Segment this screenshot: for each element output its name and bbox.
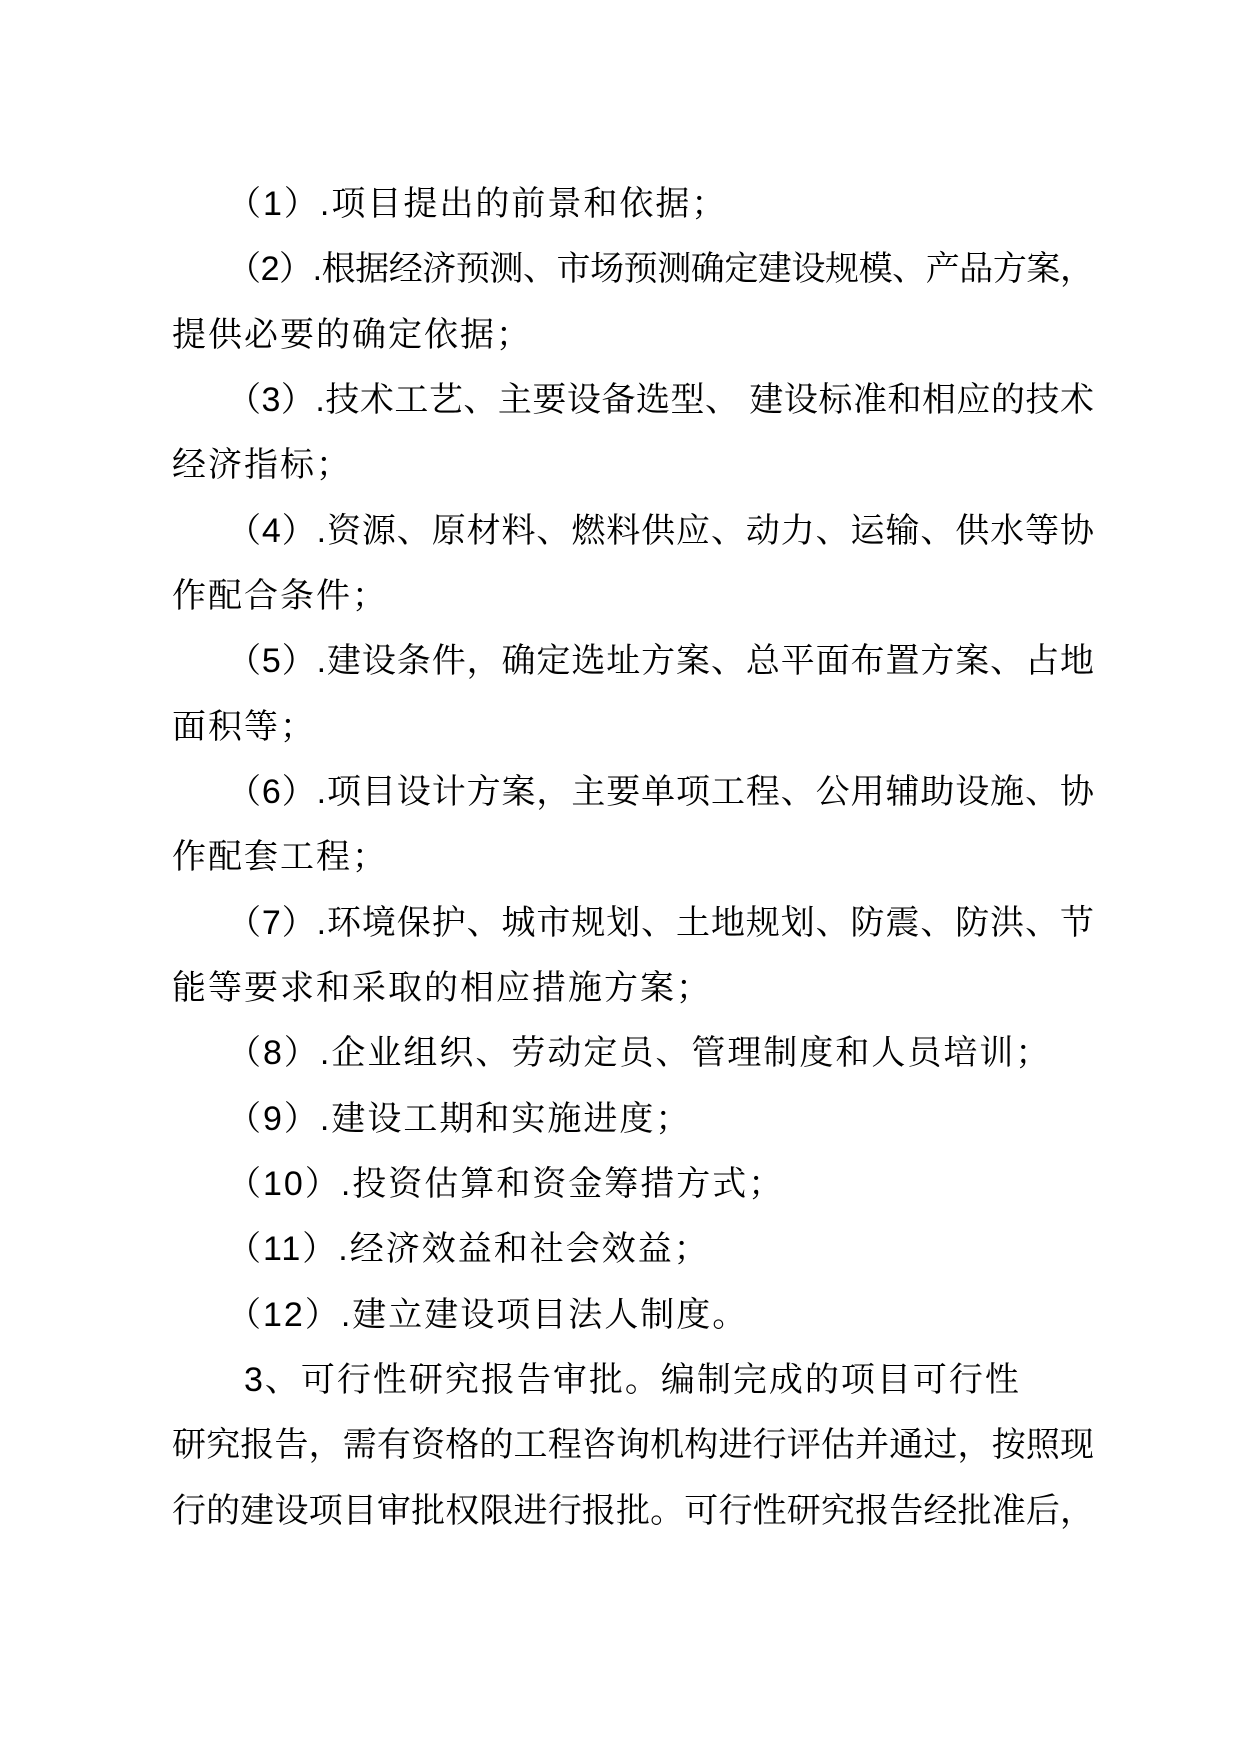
text-line: 3、可行性研究报告审批。编制完成的项目可行性 bbox=[172, 1348, 1092, 1413]
text-line: （11）.经济效益和社会效益； bbox=[172, 1217, 1092, 1282]
text-line: （1）.项目提出的前景和依据； bbox=[172, 172, 1092, 237]
text-line: （3）.技术工艺、主要设备选型、 建设标准和相应的技术 bbox=[172, 368, 1092, 433]
text-line: （10）.投资估算和资金筹措方式； bbox=[172, 1152, 1092, 1217]
text-line: （6）.项目设计方案，主要单项工程、公用辅助设施、协 bbox=[172, 760, 1092, 825]
text-line: 经济指标； bbox=[172, 433, 1092, 498]
text-line: （12）.建立建设项目法人制度。 bbox=[172, 1283, 1092, 1348]
text-line: 作配合条件； bbox=[172, 564, 1092, 629]
text-line: （2）.根据经济预测、市场预测确定建设规模、产品方案， bbox=[172, 237, 1092, 302]
text-line: （9）.建设工期和实施进度； bbox=[172, 1087, 1092, 1152]
text-line: 能等要求和采取的相应措施方案； bbox=[172, 956, 1092, 1021]
text-line: 研究报告，需有资格的工程咨询机构进行评估并通过，按照现 bbox=[172, 1413, 1092, 1478]
text-line: （8）.企业组织、劳动定员、管理制度和人员培训； bbox=[172, 1021, 1092, 1086]
text-line: 面积等； bbox=[172, 695, 1092, 760]
text-line: （5）.建设条件，确定选址方案、总平面布置方案、占地 bbox=[172, 629, 1092, 694]
text-line: （7）.环境保护、城市规划、土地规划、防震、防洪、节 bbox=[172, 891, 1092, 956]
text-line: 作配套工程； bbox=[172, 825, 1092, 890]
document-text-block: （1）.项目提出的前景和依据；（2）.根据经济预测、市场预测确定建设规模、产品方… bbox=[172, 172, 1092, 1544]
document-page: （1）.项目提出的前景和依据；（2）.根据经济预测、市场预测确定建设规模、产品方… bbox=[0, 0, 1241, 1754]
text-line: 行的建设项目审批权限进行报批。可行性研究报告经批准后， bbox=[172, 1479, 1092, 1544]
text-line: 提供必要的确定依据； bbox=[172, 303, 1092, 368]
text-line: （4）.资源、原材料、燃料供应、动力、运输、供水等协 bbox=[172, 499, 1092, 564]
